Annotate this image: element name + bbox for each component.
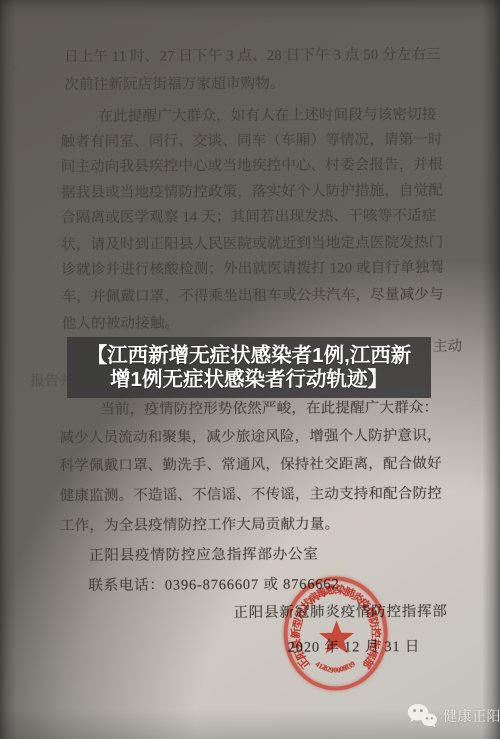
photo-artifact (6, 409, 11, 411)
wechat-icon (407, 703, 437, 729)
document-line: 状，请及时到正阳县人民医院或就近到当地定点医院发热门 (61, 235, 443, 254)
news-headline-overlay: 【江西新增无症状感染者1例,江西新 增1例无症状感染者行动轨迹】 (67, 337, 431, 398)
wechat-watermark: 健康正阳 (407, 703, 500, 729)
document-line: 他人的被动接触。 (62, 315, 180, 333)
seal-star-icon (318, 619, 356, 655)
document-line-fragment: 主动 (433, 339, 463, 356)
document-line: 健康监测。不造谣、不信谣、不传谣，主动支持和配合防控 (60, 486, 442, 505)
official-seal-stamp: 正阳县新型冠状病毒感染肺炎疫情防控指挥部 4128290008839 (282, 575, 389, 692)
document-line: 触者有同室、同行、交谈、同车（车厢）等情况，请第一时 (61, 132, 443, 151)
document-line: 次前往新阮店街福万家超市购物。 (64, 76, 285, 94)
document-line: 车，并佩戴口罩，不得乘坐出租车或公共汽车，尽量减少与 (62, 287, 444, 306)
document-line: 减少人员流动和聚集，减少旅途风险，增强个人防护意识， (59, 428, 441, 447)
document-line: 间主动向我县疾控中心或当地疾控中心、村委会报告，并根 (61, 157, 443, 176)
document-line: 科学佩戴口罩、勤洗手、常通风，保持社交距离，配合做好 (60, 456, 442, 475)
document-line: 工作，为全县疫情防控工作大局贡献力量。 (60, 516, 339, 535)
document-line: 当前，疫情防控形势依然严峻，在此提醒广大群众： (100, 400, 438, 419)
watermark-account-name: 健康正阳 (443, 706, 500, 726)
document-photo: 主动报告并2020 年 12 月 31 日正阳县新冠肺炎疫情防控指挥部联系电话：… (0, 0, 500, 739)
document-line: 在此提醒广大群众，如有人在上述时间段与该密切接 (98, 107, 436, 126)
document-line: 正阳县疫情防控应急指挥部办公室 (89, 547, 319, 565)
document-line: 据我县或当地疫情防控政策，落实好个人防护措施，自觉配 (61, 183, 443, 202)
document-line: 日上午 11 时、27 日下午 3 点、28 日下午 3 点 50 分左右三 (64, 47, 441, 66)
headline-line-2: 增1例无症状感染者行动轨迹】 (110, 368, 388, 392)
document-line: 诊就诊并进行核酸检测；外出就医请拨打 120 或自行单独驾 (61, 260, 444, 279)
headline-line-1: 【江西新增无症状感染者1例,江西新 (87, 344, 412, 368)
photo-artifact (12, 67, 19, 69)
document-line: 合隔离或医学观察 14 天；其间若出现发热、干咳等不适症 (61, 208, 436, 227)
